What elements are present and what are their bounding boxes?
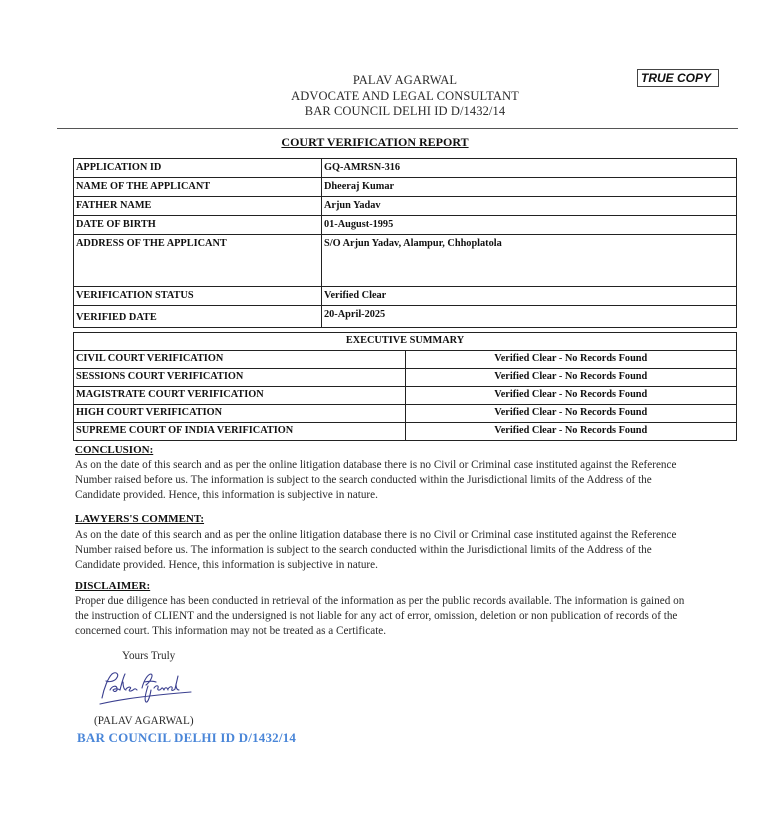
court-result: Verified Clear - No Records Found xyxy=(405,423,737,441)
table-row: CIVIL COURT VERIFICATION Verified Clear … xyxy=(74,351,737,369)
signature-icon xyxy=(96,668,196,713)
table-row: ADDRESS OF THE APPLICANT S/O Arjun Yadav… xyxy=(74,235,737,287)
detail-value: Dheeraj Kumar xyxy=(322,178,737,197)
court-label: SUPREME COURT OF INDIA VERIFICATION xyxy=(74,423,406,441)
signatory-bar-id: BAR COUNCIL DELHI ID D/1432/14 xyxy=(77,730,296,746)
detail-label: NAME OF THE APPLICANT xyxy=(74,178,322,197)
court-label: CIVIL COURT VERIFICATION xyxy=(74,351,406,369)
table-header-row: EXECUTIVE SUMMARY xyxy=(74,333,737,351)
applicant-details-table: APPLICATION ID GQ-AMRSN-316 NAME OF THE … xyxy=(73,158,737,328)
court-result: Verified Clear - No Records Found xyxy=(405,387,737,405)
disclaimer-line: the instruction of CLIENT and the unders… xyxy=(75,609,735,624)
table-row: VERIFIED DATE 20-April-2025 xyxy=(74,306,737,328)
true-copy-stamp: TRUE COPY xyxy=(637,69,719,87)
lawyers-comment-line: Candidate provided. Hence, this informat… xyxy=(75,558,735,573)
disclaimer-body: Proper due diligence has been conducted … xyxy=(75,594,735,639)
court-result: Verified Clear - No Records Found xyxy=(405,405,737,423)
table-row: SUPREME COURT OF INDIA VERIFICATION Veri… xyxy=(74,423,737,441)
court-label: MAGISTRATE COURT VERIFICATION xyxy=(74,387,406,405)
report-title: COURT VERIFICATION REPORT xyxy=(0,135,750,150)
disclaimer-heading: DISCLAIMER: xyxy=(75,580,150,592)
court-result: Verified Clear - No Records Found xyxy=(405,351,737,369)
closing-text: Yours Truly xyxy=(122,650,175,662)
detail-label: DATE OF BIRTH xyxy=(74,216,322,235)
disclaimer-line: concerned court. This information may no… xyxy=(75,624,735,639)
conclusion-body: As on the date of this search and as per… xyxy=(75,458,735,503)
lawyers-comment-line: Number raised before us. The information… xyxy=(75,543,735,558)
detail-label: VERIFIED DATE xyxy=(74,306,322,328)
conclusion-line: Candidate provided. Hence, this informat… xyxy=(75,488,735,503)
executive-summary-heading: EXECUTIVE SUMMARY xyxy=(74,333,737,351)
table-row: MAGISTRATE COURT VERIFICATION Verified C… xyxy=(74,387,737,405)
signatory-name: (PALAV AGARWAL) xyxy=(94,715,194,727)
table-row: HIGH COURT VERIFICATION Verified Clear -… xyxy=(74,405,737,423)
detail-value: S/O Arjun Yadav, Alampur, Chhoplatola xyxy=(322,235,737,287)
court-label: SESSIONS COURT VERIFICATION xyxy=(74,369,406,387)
conclusion-line: As on the date of this search and as per… xyxy=(75,458,735,473)
table-row: APPLICATION ID GQ-AMRSN-316 xyxy=(74,159,737,178)
lawyers-comment-line: As on the date of this search and as per… xyxy=(75,528,735,543)
detail-value: GQ-AMRSN-316 xyxy=(322,159,737,178)
detail-value: Verified Clear xyxy=(322,287,737,306)
table-row: FATHER NAME Arjun Yadav xyxy=(74,197,737,216)
disclaimer-line: Proper due diligence has been conducted … xyxy=(75,594,735,609)
detail-label: APPLICATION ID xyxy=(74,159,322,178)
executive-summary-table: EXECUTIVE SUMMARY CIVIL COURT VERIFICATI… xyxy=(73,332,737,441)
detail-label: FATHER NAME xyxy=(74,197,322,216)
detail-value: 01-August-1995 xyxy=(322,216,737,235)
table-row: DATE OF BIRTH 01-August-1995 xyxy=(74,216,737,235)
conclusion-line: Number raised before us. The information… xyxy=(75,473,735,488)
detail-value: 20-April-2025 xyxy=(322,306,737,328)
detail-value: Arjun Yadav xyxy=(322,197,737,216)
court-result: Verified Clear - No Records Found xyxy=(405,369,737,387)
court-label: HIGH COURT VERIFICATION xyxy=(74,405,406,423)
conclusion-heading: CONCLUSION: xyxy=(75,444,153,456)
letterhead-bar-id: BAR COUNCIL DELHI ID D/1432/14 xyxy=(0,104,765,119)
lawyers-comment-body: As on the date of this search and as per… xyxy=(75,528,735,573)
header-divider xyxy=(57,128,738,129)
detail-label: ADDRESS OF THE APPLICANT xyxy=(74,235,322,287)
table-row: VERIFICATION STATUS Verified Clear xyxy=(74,287,737,306)
lawyers-comment-heading: LAWYERS'S COMMENT: xyxy=(75,513,204,525)
table-row: SESSIONS COURT VERIFICATION Verified Cle… xyxy=(74,369,737,387)
detail-label: VERIFICATION STATUS xyxy=(74,287,322,306)
table-row: NAME OF THE APPLICANT Dheeraj Kumar xyxy=(74,178,737,197)
letterhead-designation: ADVOCATE AND LEGAL CONSULTANT xyxy=(0,89,765,104)
